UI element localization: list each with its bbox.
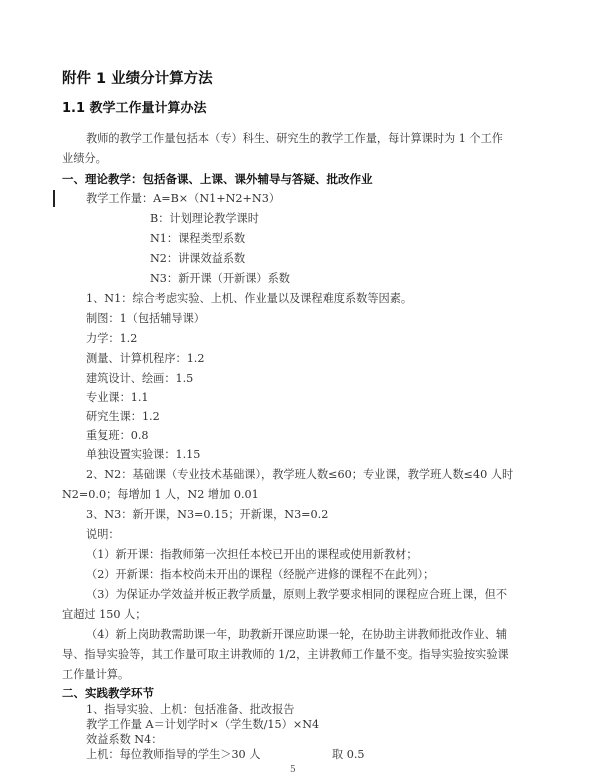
n2-line1: 2、N2：基础课（专业技术基础课），教学班人数≤60；专业课，教学班人数≤40 … [86,468,513,482]
n3-line: 3、N3：新开课，N3=0.15；开新课，N3=0.2 [86,508,328,522]
note-4-line3: 工作量计算。 [62,668,129,682]
text-cursor [53,190,55,207]
n1-value-item: 单独设置实验课：1.15 [86,448,200,462]
part2-coef-label: 效益系数 N4： [86,733,162,747]
part2-row-value: 取 0.5 [332,748,365,762]
part1-heading: 一、理论教学：包括备课、上课、课外辅导与答疑、批改作业 [62,172,373,186]
n1-value-item: 重复班：0.8 [86,429,149,443]
part2-heading: 二、实践教学环节 [62,686,154,700]
note-4-line2: 导、指导实验等，其工作量可取主讲教师的 1/2，主讲教师工作量不变。指导实验按实… [62,648,509,662]
note-3-line1: （3）为保证办学效益并板正教学质量，原则上教学要求相同的课程应合班上课，但不 [86,588,507,602]
n1-value-item: 建筑设计、绘画：1.5 [86,372,193,386]
note-1: （1）新开课：指教师第一次担任本校已开出的课程或使用新教材； [86,548,418,562]
part2-item1: 1、指导实验、上机：包括准备、批改报告 [86,703,295,717]
n1-value-item: 制图：1（包括辅导课） [86,312,205,326]
formula-line: 教学工作量：A=B×（N1+N2+N3） [86,192,280,206]
page-number: 5 [290,765,296,775]
appendix-title: 附件 1 业绩分计算方法 [62,72,213,86]
intro-text-line2: 业绩分。 [62,152,107,166]
intro-text-line1: 教师的教学工作量包括本（专）科生、研究生的教学工作量，每计算课时为 1 个工作 [86,132,503,146]
part2-formula: 教学工作量 A＝计划学时×（学生数/15）×N4 [86,718,319,732]
n1-value-item: 研究生课：1.2 [86,410,160,424]
formula-def-b: B：计划理论教学课时 [150,212,259,226]
n1-value-item: 测量、计算机程序：1.2 [86,352,204,366]
n1-value-item: 专业课：1.1 [86,391,149,405]
n2-line2: N2=0.0；每增加 1 人，N2 增加 0.01 [62,488,259,502]
note-3-line2: 宜超过 150 人； [62,608,146,622]
n1-value-item: 力学：1.2 [86,332,137,346]
note-2: （2）开新课：指本校尚未开出的课程（经脱产进修的课程不在此列）； [86,568,434,582]
formula-def-n3: N3：新开课（开新课）系数 [150,272,290,286]
section-title: 1.1 教学工作量计算办法 [62,102,207,116]
formula-def-n2: N2：讲课效益系数 [150,252,245,266]
part2-row-label: 上机：每位教师指导的学生＞30 人 [86,748,260,762]
formula-def-n1: N1：课程类型系数 [150,232,245,246]
note-4-line1: （4）新上岗助教需助课一年，助教新开课应助课一轮，在协助主讲教师批改作业、辅 [86,628,507,642]
n1-description: 1、N1：综合考虑实验、上机、作业量以及课程难度系数等因素。 [86,292,412,306]
notes-label: 说明： [86,528,120,542]
